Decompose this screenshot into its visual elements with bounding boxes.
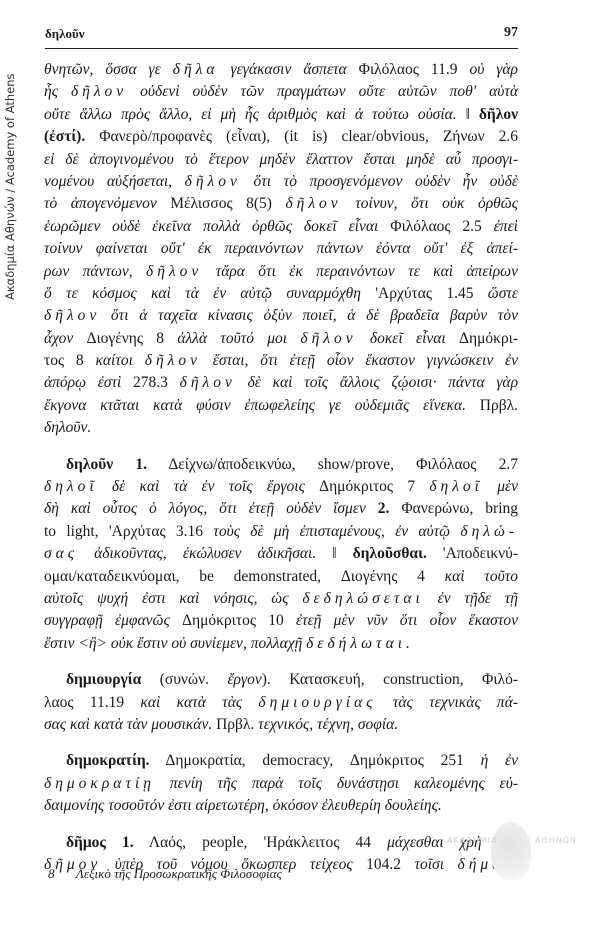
entry-headword: δημιουργία <box>66 671 141 688</box>
text-line: δῆλον ὅτι ἁ ταχεῖα κίνασις ὀξὺν ποιεῖ, ἁ… <box>44 305 518 327</box>
text-line: ὅ τε κόσμος καὶ τὰ ἐν αὐτῷ συναρμόχθη 'Α… <box>44 283 518 305</box>
athena-head-icon <box>491 822 531 880</box>
academy-stamp-watermark: ΑΚΑΔΗΜΙΑ ΑΘΗΝΩΝ <box>445 830 595 890</box>
text-line: δημιουργία (συνών. ἔργον). Κατασκευή, co… <box>44 669 518 691</box>
running-head-word: δηλοῦν <box>45 26 85 42</box>
text-line: ἆχον Διογένης 8 ἀλλὰ τοῦτό μοι δῆλον δοκ… <box>44 328 518 350</box>
page-footer: 8Λεξικὸ τῆς Προσωκρατικῆς Φιλοσοφίας <box>48 866 282 882</box>
text-line: νομένου αὐξήσεται, δῆλον ὅτι τὸ προσγενό… <box>44 171 518 193</box>
text-line: δὴ καὶ οὗτος ὁ λόγος, ὅτι ἐτεῇ οὐδὲν ἴσμ… <box>44 498 518 520</box>
header-rule <box>45 48 518 49</box>
text-line: ἑωρῶμεν οὐδὲ ἐκεῖνα πολλὰ ὀρθῶς δοκεῖ εἶ… <box>44 216 518 238</box>
text-line: λαος 11.19 καὶ κατὰ τὰς δημιουργίας τὰς … <box>44 692 518 714</box>
side-watermark: Ακαδημία Αθηνών / Academy of Athens <box>3 40 19 300</box>
text-line: δηλοῖ δὲ καὶ τὰ ἐν τοῖς ἔργοις Δημόκριτο… <box>44 476 518 498</box>
text-line: ρων πάντων, δῆλον τἄρα ὅτι ἐκ περαινόντω… <box>44 261 518 283</box>
subentry-headword: δῆλον <box>479 106 518 123</box>
text-line: οὔτε ἄλλω πρὸς ἄλλο, εἰ μὴ ἧς ἀριθμὸς κα… <box>44 104 518 126</box>
text-line: ἔκγονα κτᾶται κατὰ φύσιν ἐπωφελείης γε ο… <box>44 395 518 417</box>
text-line: θνητῶν, ὅσσα γε δῆλα γεγάκασιν ἄσπετα Φι… <box>44 59 518 81</box>
text-line: ἀπόρῳ ἐστὶ 278.3 δῆλον δὲ καὶ τοῖς ἄλλοι… <box>44 372 518 394</box>
text-line: αὐτοῖς ψυχή ἐστι καὶ νόησις, ὡς δεδηλώσε… <box>44 588 518 610</box>
text-line: ομαι/καταδεικνύομαι, be demonstrated, Δι… <box>44 566 518 588</box>
entry-headword: δημοκρατίη. <box>66 752 150 769</box>
text-line: εἰ δὲ ἀπογινομένου τὸ ἕτερον μηδὲν ἔλαττ… <box>44 149 518 171</box>
cross-reference: δηλοῦν. <box>44 419 91 436</box>
book-title: Λεξικὸ τῆς Προσωκρατικῆς Φιλοσοφίας <box>76 866 282 881</box>
text-line: τος 8 καίτοι δῆλον ἔσται, ὅτι ἐτεῇ οἷον … <box>44 350 518 372</box>
entry-headword: δῆμος <box>66 834 106 851</box>
entry-demiourgia: δημιουργία (συνών. ἔργον). Κατασκευή, co… <box>44 669 518 736</box>
text-line: τὸ ἀπογενόμενον Μέλισσος 8(5) δῆλον τοίν… <box>44 193 518 215</box>
text-line: δημοκρατίῃ πενίη τῆς παρὰ τοῖς δυνάστῃσι… <box>44 773 518 795</box>
text-line: σας καὶ κατὰ τὰν μουσικάν. Πρβλ. τεχνικό… <box>44 714 518 736</box>
entry-deloun: δηλοῦν 1. Δείχνω/ἀποδεικνύω, show/prove,… <box>44 454 518 656</box>
text-line: δαιμονίης τοσοῦτόν ἐστι αἱρετωτέρη, ὁκόσ… <box>44 795 518 817</box>
text-line: δημοκρατίη. Δημοκρατία, democracy, Δημόκ… <box>44 750 518 772</box>
subentry-headword: δηλοῦσθαι. <box>353 545 427 562</box>
cross-reference: τεχνικός, τέχνη, σοφία. <box>254 716 398 733</box>
text-line: σας ἀδικοῦντας, ἐκώλυσεν ἀδικῆσαι. ‖ δηλ… <box>44 543 518 565</box>
text-line: δηλοῦν. <box>44 417 518 439</box>
entry-headword: δηλοῦν <box>66 456 113 473</box>
page-number: 97 <box>504 25 518 41</box>
text-line: δηλοῦν 1. Δείχνω/ἀποδεικνύω, show/prove,… <box>44 454 518 476</box>
text-line: συγγραφῇ ἐμφανῶς Δημόκριτος 10 ἐτεῇ μὲν … <box>44 610 518 632</box>
page-body: θνητῶν, ὅσσα γε δῆλα γεγάκασιν ἄσπετα Φι… <box>44 59 518 876</box>
text-line: ἔστιν <ἢ> οὐκ ἔστιν οὐ συνίεμεν, πολλαχῇ… <box>44 633 518 655</box>
running-head: δηλοῦν 97 <box>45 26 518 46</box>
signature-number: 8 <box>48 866 76 882</box>
entry-demokratie: δημοκρατίη. Δημοκρατία, democracy, Δημόκ… <box>44 750 518 817</box>
text-line: ἧς δῆλον οὐδενὶ οὐδὲν τῶν πραγμάτων οὔτε… <box>44 81 518 103</box>
text-line: (ἐστί). Φανερὸ/προφανὲς (εἶναι), (it is)… <box>44 126 518 148</box>
entry-continuation: θνητῶν, ὅσσα γε δῆλα γεγάκασιν ἄσπετα Φι… <box>44 59 518 440</box>
text-line: to light, 'Αρχύτας 3.16 τοὺς δὲ μὴ ἐπιστ… <box>44 521 518 543</box>
text-line: τοίνυν φαίνεται οὔτ' ἐκ περαινόντων πάντ… <box>44 238 518 260</box>
